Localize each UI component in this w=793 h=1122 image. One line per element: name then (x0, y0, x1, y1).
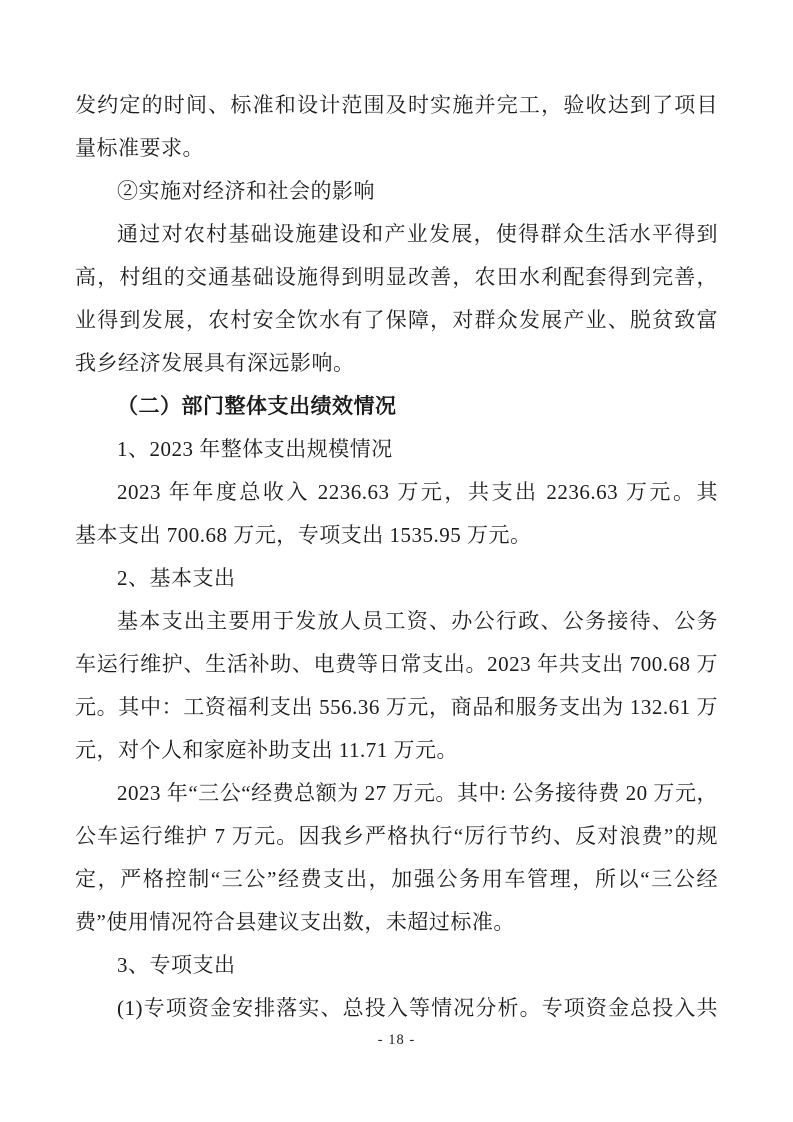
text-line: 我乡经济发展具有深远影响。 (75, 342, 718, 385)
text-line: 2023 年年度总收入 2236.63 万元，共支出 2236.63 万元。其中… (75, 471, 718, 514)
text-line: 业得到发展，农村安全饮水有了保障，对群众发展产业、脱贫致富和 (75, 299, 718, 342)
text-line: 基本支出主要用于发放人员工资、办公行政、公务接待、公务用 (75, 600, 718, 643)
text-line: 通过对农村基础设施建设和产业发展，使得群众生活水平得到提 (75, 213, 718, 256)
text-line: 高，村组的交通基础设施得到明显改善，农田水利配套得到完善，产 (75, 256, 718, 299)
heading-section-2-overall-expenditure-performance: （二）部门整体支出绩效情况 (75, 385, 718, 428)
heading-circle2-impact: ②实施对经济和社会的影响 (75, 170, 718, 213)
document-content: 发约定的时间、标准和设计范围及时实施并完工，验收达到了项目质量标准要求。②实施对… (75, 84, 718, 1030)
paragraph-sangong-expenses: 2023 年“三公“经费总额为 27 万元。其中: 公务接待费 20 万元，公车… (75, 772, 718, 944)
text-line: 元。其中：工资福利支出 556.36 万元，商品和服务支出为 132.61 万 (75, 686, 718, 729)
text-line: 定，严格控制“三公”经费支出，加强公务用车管理，所以“三公经 (75, 858, 718, 901)
text-line: 2、基本支出 (75, 557, 718, 600)
paragraph-2023-total-income-expenditure: 2023 年年度总收入 2236.63 万元，共支出 2236.63 万元。其中… (75, 471, 718, 557)
document-page: 发约定的时间、标准和设计范围及时实施并完工，验收达到了项目质量标准要求。②实施对… (0, 0, 793, 1122)
text-line: （二）部门整体支出绩效情况 (75, 385, 718, 428)
heading-1-2023-overall-expenditure-scale: 1、2023 年整体支出规模情况 (75, 428, 718, 471)
text-line: 基本支出 700.68 万元，专项支出 1535.95 万元。 (75, 514, 718, 557)
heading-3-special-expenditure: 3、专项支出 (75, 944, 718, 987)
heading-2-basic-expenditure: 2、基本支出 (75, 557, 718, 600)
text-line: 车运行维护、生活补助、电费等日常支出。2023 年共支出 700.68 万 (75, 643, 718, 686)
text-line: ②实施对经济和社会的影响 (75, 170, 718, 213)
text-line: (1)专项资金安排落实、总投入等情况分析。专项资金总投入共 (75, 987, 718, 1030)
text-line: 量标准要求。 (75, 127, 718, 170)
paragraph-special-funds-analysis: (1)专项资金安排落实、总投入等情况分析。专项资金总投入共 (75, 987, 718, 1030)
paragraph-rural-infrastructure-impact: 通过对农村基础设施建设和产业发展，使得群众生活水平得到提高，村组的交通基础设施得… (75, 213, 718, 385)
text-line: 1、2023 年整体支出规模情况 (75, 428, 718, 471)
text-line: 元，对个人和家庭补助支出 11.71 万元。 (75, 729, 718, 772)
page-number: - 18 - (378, 1032, 415, 1048)
paragraph-basic-expenditure-detail: 基本支出主要用于发放人员工资、办公行政、公务接待、公务用车运行维护、生活补助、电… (75, 600, 718, 772)
text-line: 发约定的时间、标准和设计范围及时实施并完工，验收达到了项目质 (75, 84, 718, 127)
text-line: 费”使用情况符合县建议支出数，未超过标准。 (75, 901, 718, 944)
text-line: 公车运行维护 7 万元。因我乡严格执行“厉行节约、反对浪费”的规 (75, 815, 718, 858)
text-line: 3、专项支出 (75, 944, 718, 987)
page-footer: - 18 - (0, 1028, 793, 1052)
paragraph-continued-from-previous-page: 发约定的时间、标准和设计范围及时实施并完工，验收达到了项目质量标准要求。 (75, 84, 718, 170)
text-line: 2023 年“三公“经费总额为 27 万元。其中: 公务接待费 20 万元， (75, 772, 718, 815)
